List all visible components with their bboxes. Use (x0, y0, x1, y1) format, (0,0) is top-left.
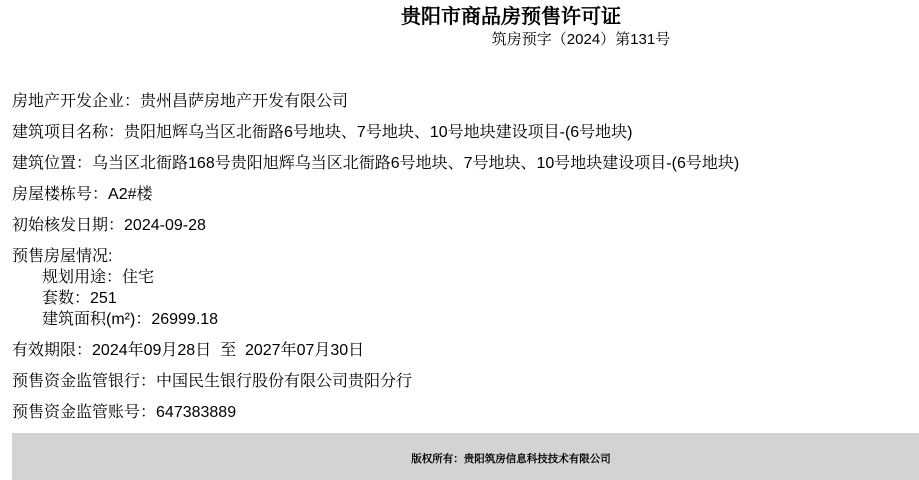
footer-copyright-bar: 版权所有：贵阳筑房信息科技技术有限公司 (12, 433, 919, 480)
field-building-no: 房屋楼栋号：A2#楼 (12, 184, 919, 205)
field-developer: 房地产开发企业：贵州昌萨房地产开发有限公司 (12, 91, 919, 112)
field-project-name-label: 建筑项目名称： (12, 124, 124, 141)
page-title: 贵阳市商品房预售许可证 (0, 5, 919, 29)
presale-housing-section: 预售房屋情况: 规划用途：住宅 套数：251 建筑面积(m²)：26999.18 (12, 246, 919, 330)
field-floor-area-value: 26999.18 (151, 311, 218, 328)
field-building-no-label: 房屋楼栋号： (12, 186, 108, 203)
field-location-label: 建筑位置： (12, 155, 92, 172)
field-supervision-account: 预售资金监管账号：647383889 (12, 402, 919, 423)
presale-section-details: 规划用途：住宅 套数：251 建筑面积(m²)：26999.18 (12, 267, 919, 330)
field-floor-area: 建筑面积(m²)：26999.18 (42, 309, 919, 330)
presale-section-heading: 预售房屋情况: (12, 246, 919, 267)
footer-copyright-owner: 贵阳筑房信息科技技术有限公司 (464, 453, 611, 465)
field-supervision-bank-label: 预售资金监管银行： (12, 373, 156, 390)
field-project-name: 建筑项目名称：贵阳旭辉乌当区北衙路6号地块、7号地块、10号地块建设项目-(6号… (12, 122, 919, 143)
document-body: 房地产开发企业：贵州昌萨房地产开发有限公司 建筑项目名称：贵阳旭辉乌当区北衙路6… (0, 49, 919, 423)
document-header: 贵阳市商品房预售许可证 筑房预字（2024）第131号 (0, 0, 919, 49)
field-supervision-account-value: 647383889 (156, 404, 236, 421)
field-developer-label: 房地产开发企业： (12, 93, 140, 110)
field-unit-count: 套数：251 (42, 288, 919, 309)
field-supervision-bank: 预售资金监管银行：中国民生银行股份有限公司贵阳分行 (12, 371, 919, 392)
field-unit-count-value: 251 (90, 290, 117, 307)
field-developer-value: 贵州昌萨房地产开发有限公司 (140, 93, 348, 110)
field-floor-area-label: 建筑面积(m²)： (42, 311, 151, 328)
field-planned-use: 规划用途：住宅 (42, 267, 919, 288)
field-validity-label: 有效期限： (12, 342, 92, 359)
field-location: 建筑位置：乌当区北衙路168号贵阳旭辉乌当区北衙路6号地块、7号地块、10号地块… (12, 153, 919, 174)
field-supervision-bank-value: 中国民生银行股份有限公司贵阳分行 (156, 373, 412, 390)
document-number: 筑房预字（2024）第131号 (70, 31, 919, 49)
presale-permit-page: 贵阳市商品房预售许可证 筑房预字（2024）第131号 房地产开发企业：贵州昌萨… (0, 0, 919, 480)
field-supervision-account-label: 预售资金监管账号： (12, 404, 156, 421)
field-planned-use-value: 住宅 (122, 269, 154, 286)
field-initial-issue-date-value: 2024-09-28 (124, 217, 206, 234)
field-project-name-value: 贵阳旭辉乌当区北衙路6号地块、7号地块、10号地块建设项目-(6号地块) (124, 124, 632, 141)
field-unit-count-label: 套数： (42, 290, 90, 307)
field-planned-use-label: 规划用途： (42, 269, 122, 286)
field-building-no-value: A2#楼 (108, 186, 152, 203)
field-initial-issue-date: 初始核发日期：2024-09-28 (12, 215, 919, 236)
field-validity: 有效期限：2024年09月28日 至 2027年07月30日 (12, 340, 919, 361)
field-location-value: 乌当区北衙路168号贵阳旭辉乌当区北衙路6号地块、7号地块、10号地块建设项目-… (92, 155, 739, 172)
field-initial-issue-date-label: 初始核发日期： (12, 217, 124, 234)
footer-copyright-label: 版权所有： (411, 453, 464, 465)
field-validity-value: 2024年09月28日 至 2027年07月30日 (92, 342, 364, 359)
